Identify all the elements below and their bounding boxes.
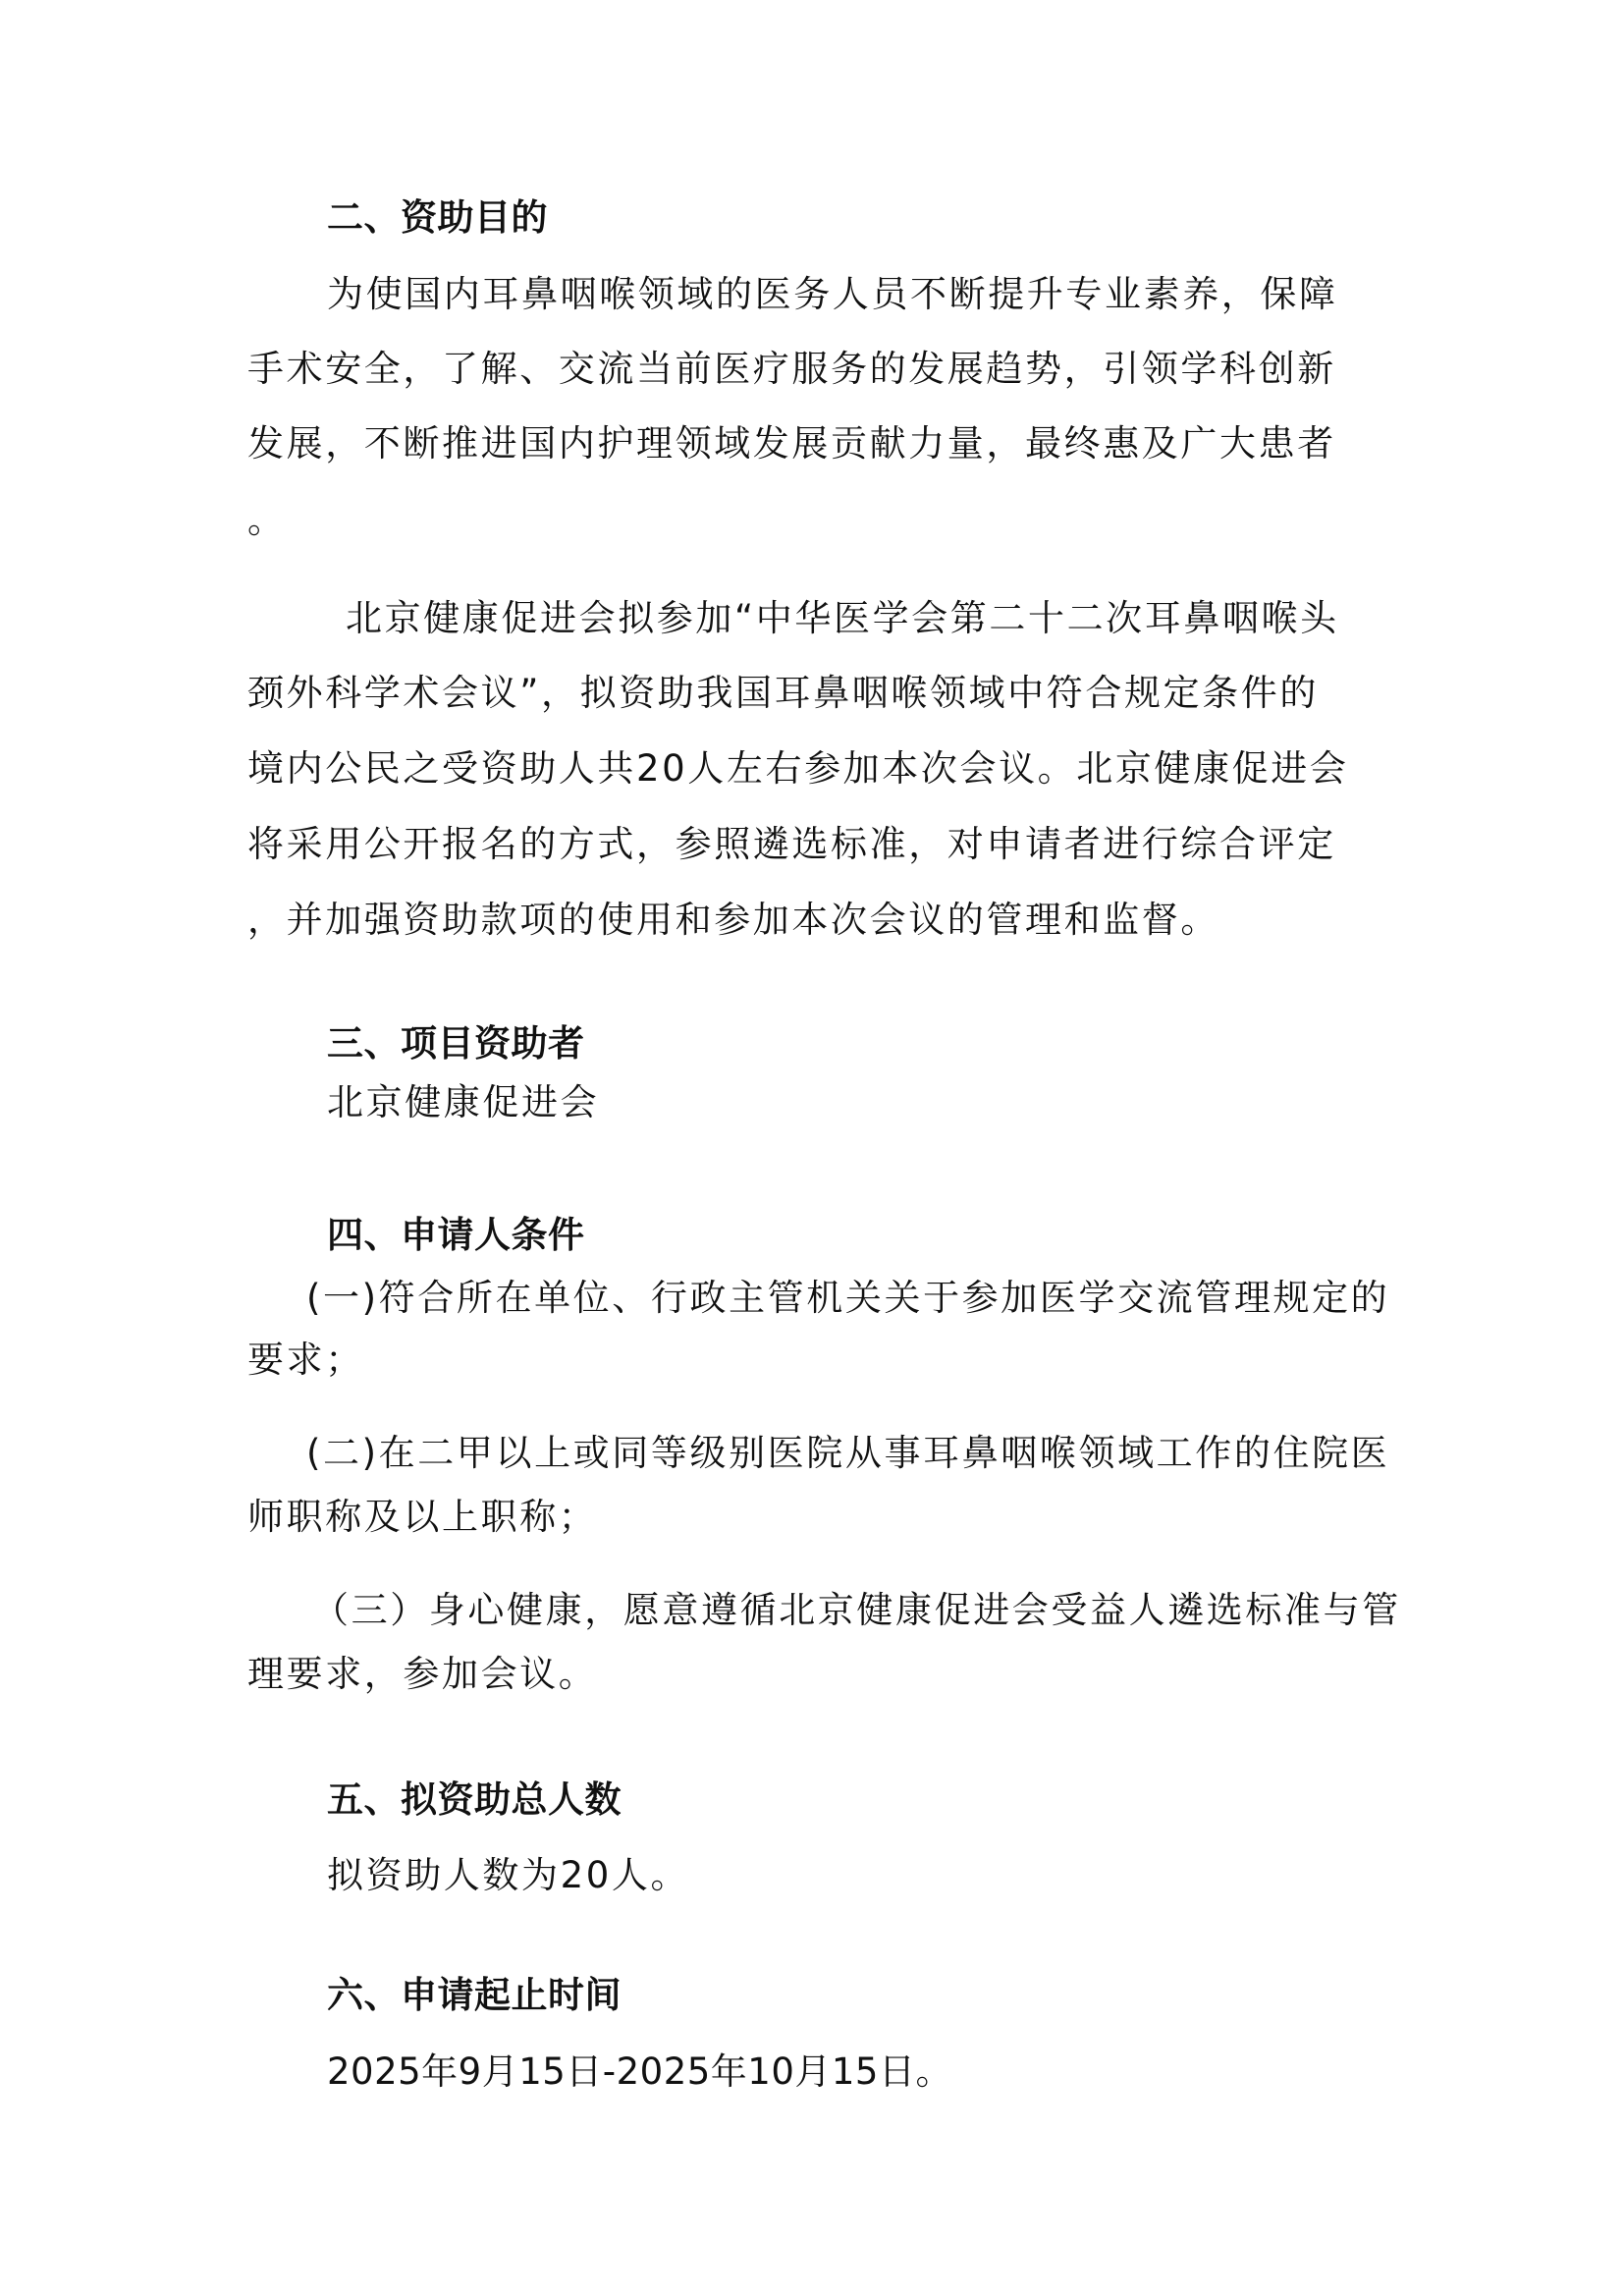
section-heading-total-recipients: 五、拟资助总人数 [327,1778,622,1822]
section-heading-sponsor: 三、项目资助者 [327,1022,585,1066]
total-recipients-value: 拟资助人数为20人。 [327,1854,689,1897]
purpose-para1-line1: 为使国内耳鼻咽喉领域的医务人员不断提升专业素养，保障 [327,273,1338,316]
condition-3-line1: （三）身心健康，愿意遵循北京健康促进会受益人遴选标准与管 [312,1589,1401,1632]
purpose-para1-line4: 。 [247,499,287,542]
condition-3-line2: 理要求，参加会议。 [247,1653,597,1696]
purpose-para2-line1: 北京健康促进会拟参加“中华医学会第二十二次耳鼻咽喉头 [346,597,1339,640]
purpose-para2-line2: 颈外科学术会议”，拟资助我国耳鼻咽喉领域中符合规定条件的 [247,672,1319,715]
purpose-para2-line3: 境内公民之受资助人共20人左右参加本次会议。北京健康促进会 [247,747,1348,791]
condition-1-line2: 要求； [247,1339,364,1382]
condition-2-line1: (二)在二甲以上或同等级别医院从事耳鼻咽喉领域工作的住院医 [306,1432,1389,1475]
application-period-value: 2025年9月15日-2025年10月15日。 [327,2050,952,2094]
purpose-para2-line4: 将采用公开报名的方式，参照遴选标准，对申请者进行综合评定 [247,823,1336,866]
section-heading-applicant-conditions: 四、申请人条件 [327,1214,585,1257]
section-heading-application-period: 六、申请起止时间 [327,1974,622,2017]
section-heading-purpose: 二、资助目的 [327,196,548,240]
purpose-para1-line2: 手术安全，了解、交流当前医疗服务的发展趋势，引领学科创新 [247,348,1336,391]
purpose-para2-line5: ，并加强资助款项的使用和参加本次会议的管理和监督。 [247,899,1219,942]
purpose-para1-line3: 发展，不断推进国内护理领域发展贡献力量，最终惠及广大患者 [247,422,1336,465]
sponsor-name: 北京健康促进会 [327,1081,599,1124]
condition-1-line1: (一)符合所在单位、行政主管机关关于参加医学交流管理规定的 [306,1277,1389,1320]
condition-2-line2: 师职称及以上职称； [247,1496,597,1539]
